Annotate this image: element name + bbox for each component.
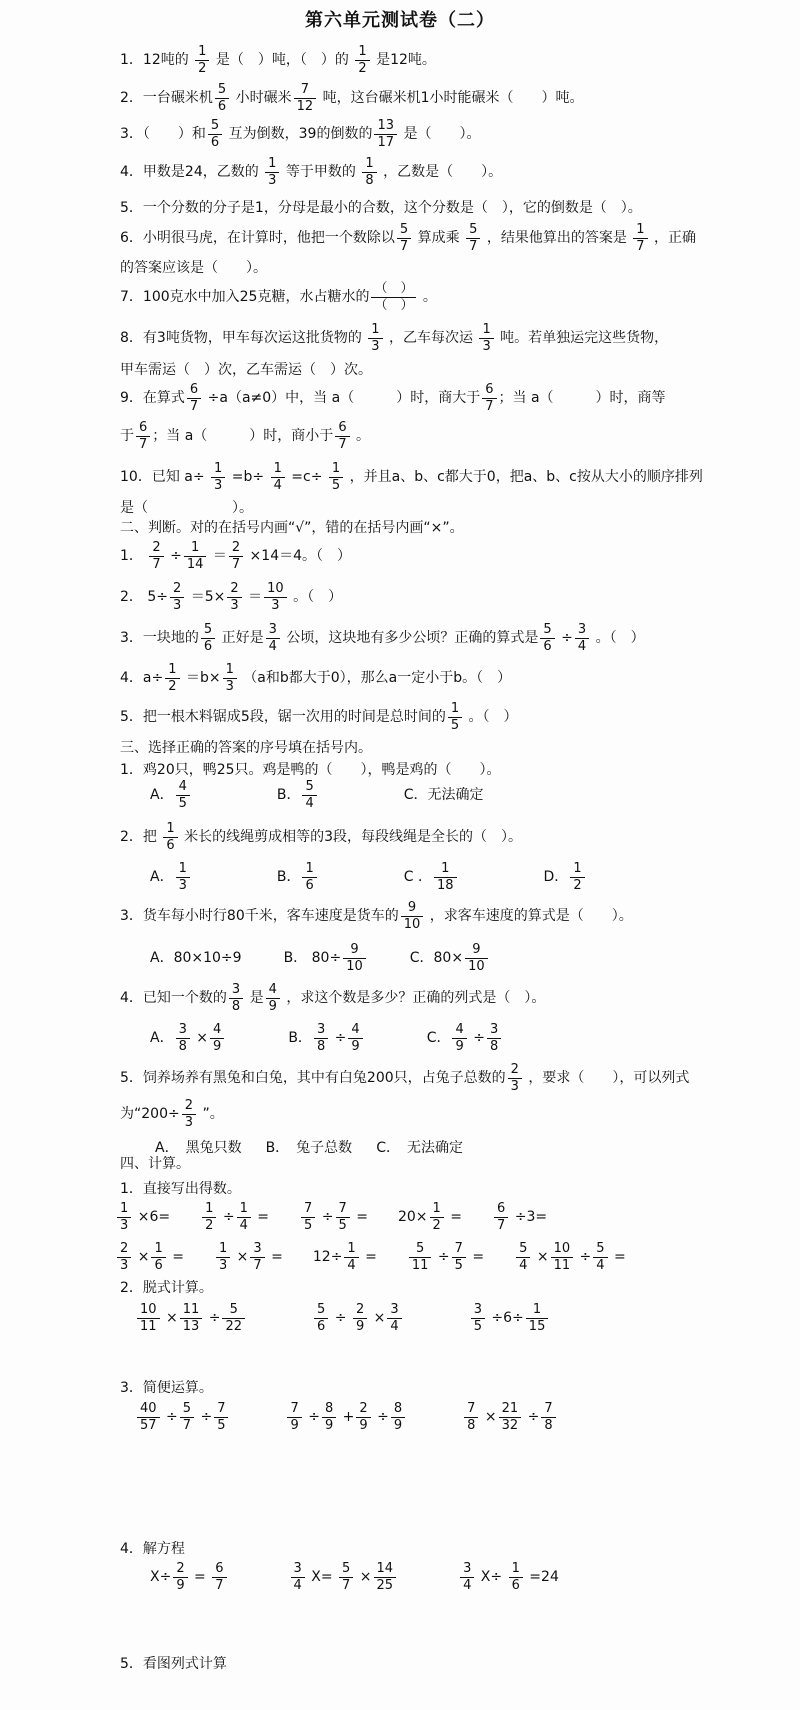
option-item-b: B．54	[277, 775, 319, 815]
choice-section-header: 三、选择正确的答案的序号填在括号内。	[120, 739, 760, 757]
calc-direct-row-1: 13 ×6= 12 ÷14 = 75 ÷75 = 20×12 = 67 ÷3=	[115, 1197, 760, 1237]
fraction: 12	[165, 662, 179, 694]
choice-question-3: 3．货车每小时行80千米，客车速度是货车的910 ，求客车速度的算式是（ ）。	[120, 896, 760, 936]
fraction: 38	[487, 1022, 501, 1054]
calc-simplify-row: 4057 ÷57 ÷75 79 ÷89 +29 ÷89 78 ×2132 ÷78	[135, 1397, 760, 1437]
fraction: 49	[266, 982, 280, 1014]
calc-stepwise-row: 1011 ×1113 ÷522 56 ÷ 29 ×34 35 ÷6÷115	[135, 1298, 760, 1338]
fraction: 118	[434, 861, 457, 893]
fraction: 18	[362, 156, 376, 188]
fraction: 15	[329, 461, 343, 493]
fraction: 56	[540, 622, 554, 654]
fraction: 38	[229, 982, 243, 1014]
fraction: 78	[464, 1401, 478, 1433]
fraction: 57	[466, 222, 480, 254]
calc-sub-5: 5．看图列式计算	[120, 1655, 760, 1673]
fraction: 56	[208, 118, 222, 150]
calc-sub-4: 4．解方程	[120, 1540, 760, 1558]
fraction: 67	[136, 420, 150, 452]
fraction: 57	[397, 222, 411, 254]
fraction: 29	[356, 1401, 370, 1433]
fraction: （ ）（ ）	[371, 281, 416, 313]
fraction: 78	[541, 1401, 555, 1433]
fraction: 12	[355, 44, 369, 76]
fraction: 34	[460, 1561, 474, 1593]
calc-item: 12 ÷14 =	[200, 1197, 269, 1237]
choice-question-1-options: A．45 B．54 C．无法确定	[150, 775, 760, 815]
fraction: 1011	[551, 1241, 574, 1273]
fraction: 14	[271, 461, 285, 493]
fraction: 114	[184, 540, 207, 572]
fill-question-9-line1: 9．在算式67 ÷a（a≠0）中，当 a（ ）时，商大于67；当 a（ ）时，商…	[120, 378, 760, 418]
fraction: 12	[195, 44, 209, 76]
fraction: 37	[250, 1241, 264, 1273]
fraction: 38	[176, 1022, 190, 1054]
option-item-c: C．49 ÷38	[427, 1018, 504, 1058]
fraction: 89	[391, 1401, 405, 1433]
calc-sub-3: 3．简便运算。	[120, 1379, 760, 1397]
fraction: 12	[430, 1201, 444, 1233]
calc-item: 78 ×2132 ÷78	[462, 1397, 557, 1437]
fraction: 23	[170, 581, 184, 613]
fraction: 35	[471, 1302, 485, 1334]
fraction: 13	[223, 662, 237, 694]
fraction: 14	[344, 1241, 358, 1273]
fraction: 12	[570, 861, 584, 893]
calc-item: 12÷14 =	[313, 1237, 377, 1277]
fraction: 56	[215, 82, 229, 114]
choice-question-4: 4．已知一个数的38 是49 ，求这个数是多少？正确的列式是（ ）。	[120, 978, 760, 1018]
fraction: 75	[214, 1401, 228, 1433]
fraction: 13	[265, 156, 279, 188]
fill-question-8-line1: 8．有3吨货物，甲车每次运这批货物的 13 ，乙车每次运 13 吨。若单独运完这…	[120, 318, 760, 358]
fraction: 56	[201, 622, 215, 654]
fraction: 13	[211, 461, 225, 493]
fraction: 13	[368, 322, 382, 354]
fraction: 23	[508, 1062, 522, 1094]
fraction: 1113	[180, 1302, 203, 1334]
calc-item: 511 ÷75 =	[407, 1237, 484, 1277]
calc-sub-2: 2．脱式计算。	[120, 1279, 760, 1297]
judge-question-2: 2． 5÷23 ＝5×23 ＝103 。（ ）	[120, 577, 760, 617]
calc-equation-row: X÷29 = 67 34 X= 57 ×1425 34 X÷ 16 =24	[150, 1557, 760, 1597]
choice-question-5-line2: 为“200÷23 ”。	[120, 1094, 760, 1134]
fill-question-4: 4．甲数是24，乙数的 13 等于甲数的 18 ，乙数是（ ）。	[120, 152, 760, 192]
calc-item: 54 ×1011 ÷54 =	[514, 1237, 626, 1277]
judge-question-1: 1． 27 ÷114 ＝27 ×14＝4。（ ）	[120, 536, 760, 576]
fraction: 4057	[137, 1401, 160, 1433]
calc-item: 56 ÷ 29 ×34	[312, 1298, 404, 1338]
fraction: 2132	[499, 1401, 522, 1433]
fraction: 67	[494, 1201, 508, 1233]
fraction: 14	[237, 1201, 251, 1233]
fill-question-10-line1: 10．已知 a÷ 13 =b÷ 14 =c÷ 15 ，并且a、b、c都大于0，把…	[120, 457, 760, 497]
calc-item: 79 ÷89 +29 ÷89	[285, 1397, 407, 1437]
option-item-a: A．80×10÷9	[150, 938, 242, 978]
fraction: 511	[409, 1241, 432, 1273]
fraction: 57	[180, 1401, 194, 1433]
calc-item: 75 ÷75 =	[299, 1197, 368, 1237]
fraction: 27	[149, 540, 163, 572]
fraction: 29	[353, 1302, 367, 1334]
fraction: 13	[479, 322, 493, 354]
fraction: 67	[335, 420, 349, 452]
calc-item: 34 X= 57 ×1425	[289, 1557, 399, 1597]
fraction: 712	[294, 82, 317, 114]
option-item-b: B． 80÷910	[284, 938, 368, 978]
fraction: 57	[339, 1561, 353, 1593]
calc-section-header: 四、计算。	[120, 1155, 760, 1173]
fill-question-5: 5．一个分数的分子是1，分母是最小的合数，这个分数是（ ），它的倒数是（ ）。	[120, 199, 760, 217]
fraction: 45	[176, 779, 190, 811]
option-item-d: D．12	[544, 857, 587, 897]
fraction: 75	[301, 1201, 315, 1233]
calc-item: 67 ÷3=	[492, 1197, 547, 1237]
fraction: 54	[516, 1241, 530, 1273]
fraction: 522	[222, 1302, 245, 1334]
fraction: 67	[187, 382, 201, 414]
option-item-b: B．38 ÷49	[288, 1018, 364, 1058]
fraction: 910	[465, 942, 488, 974]
fraction: 12	[202, 1201, 216, 1233]
fraction: 910	[343, 942, 366, 974]
fill-question-6-line2: 的答案应该是（ ）。	[120, 259, 760, 277]
fraction: 34	[266, 622, 280, 654]
fill-question-10-line2: 是（ ）。	[120, 499, 760, 517]
judge-section-header: 二、判断。对的在括号内画“√”，错的在括号内画“×”。	[120, 519, 760, 537]
option-item-a: A．45	[150, 775, 192, 815]
fraction: 56	[314, 1302, 328, 1334]
fraction: 67	[212, 1561, 226, 1593]
fraction: 67	[482, 382, 496, 414]
fraction: 13	[216, 1241, 230, 1273]
fraction: 16	[509, 1561, 523, 1593]
fill-question-6-line1: 6．小明很马虎，在计算时，他把一个数除以57 算成乘 57 ，结果他算出的答案是…	[120, 218, 760, 258]
calc-item: 4057 ÷57 ÷75	[135, 1397, 230, 1437]
choice-question-2: 2．把 16 米长的线绳剪成相等的3段，每段线绳是全长的（ ）。	[120, 817, 760, 857]
fraction: 23	[227, 581, 241, 613]
choice-question-5-line1: 5．饲养场养有黑兔和白兔，其中有白兔200只，占兔子总数的23 ，要求（ ），可…	[120, 1058, 760, 1098]
fraction: 89	[322, 1401, 336, 1433]
fraction: 16	[163, 821, 177, 853]
fraction: 54	[593, 1241, 607, 1273]
fill-question-9-line2: 于67；当 a（ ）时，商小于67 。	[120, 416, 760, 456]
fraction: 34	[575, 622, 589, 654]
calc-item: 20×12 =	[398, 1197, 462, 1237]
option-item-c: C．80×910	[410, 938, 490, 978]
choice-question-4-options: A．38 ×49 B．38 ÷49 C．49 ÷38	[150, 1018, 760, 1058]
fraction: 13	[117, 1201, 131, 1233]
calc-item: X÷29 = 67	[150, 1557, 229, 1597]
fraction: 13	[176, 861, 190, 893]
fraction: 15	[448, 701, 462, 733]
calc-item: 35 ÷6÷115	[469, 1298, 551, 1338]
fill-question-1: 1．12吨的 12 是（ ）吨，（ ）的 12 是12吨。	[120, 40, 760, 80]
choice-question-3-options: A．80×10÷9 B． 80÷910 C．80×910	[150, 938, 760, 978]
fraction: 910	[401, 900, 424, 932]
judge-question-3: 3．一块地的56 正好是34 公顷，这块地有多少公顷？正确的算式是56 ÷34 …	[120, 618, 760, 658]
page-title: 第六单元测试卷（二）	[0, 6, 800, 32]
calc-item: 1011 ×1113 ÷522	[135, 1298, 247, 1338]
fill-question-3: 3．（ ）和56 互为倒数，39的倒数的1317 是（ ）。	[120, 114, 760, 154]
fraction: 16	[151, 1241, 165, 1273]
choice-question-2-options: A．13 B．16 C ．118 D．12	[150, 857, 760, 897]
fraction: 1425	[374, 1561, 397, 1593]
option-item-c: C．无法确定	[404, 775, 484, 815]
fraction: 75	[336, 1201, 350, 1233]
calc-direct-row-2: 23 ×16 = 13 ×37 = 12÷14 = 511 ÷75 = 54 ×…	[115, 1237, 760, 1277]
option-item-a: A．13	[150, 857, 192, 897]
fraction: 1317	[374, 118, 397, 150]
fraction: 38	[314, 1022, 328, 1054]
calc-item: 13 ×37 =	[214, 1237, 283, 1277]
calc-sub-1: 1．直接写出得数。	[120, 1180, 760, 1198]
option-item-b: B．16	[277, 857, 319, 897]
fraction: 103	[264, 581, 287, 613]
option-item-c: C ．118	[404, 857, 459, 897]
fraction: 23	[117, 1241, 131, 1273]
fraction: 49	[210, 1022, 224, 1054]
calc-item: 13 ×6=	[115, 1197, 170, 1237]
fraction: 49	[348, 1022, 362, 1054]
fraction: 23	[182, 1098, 196, 1130]
fraction: 49	[452, 1022, 466, 1054]
calc-item: 23 ×16 =	[115, 1237, 184, 1277]
fill-question-7: 7．100克水中加入25克糖，水占糖水的（ ）（ ） 。	[120, 277, 760, 317]
fraction: 16	[302, 861, 316, 893]
fraction: 75	[452, 1241, 466, 1273]
judge-question-4: 4．a÷12 ＝b×13 （a和b都大于0），那么a一定小于b。（ ）	[120, 658, 760, 698]
fraction: 34	[387, 1302, 401, 1334]
fraction: 27	[229, 540, 243, 572]
fraction: 29	[173, 1561, 187, 1593]
fraction: 17	[633, 222, 647, 254]
fraction: 54	[302, 779, 316, 811]
test-paper-document: 第六单元测试卷（二） 1．12吨的 12 是（ ）吨，（ ）的 12 是12吨。…	[0, 0, 800, 1710]
fraction: 34	[291, 1561, 305, 1593]
fraction: 1011	[137, 1302, 160, 1334]
fraction: 115	[526, 1302, 549, 1334]
fill-question-2: 2．一台碾米机56 小时碾米712 吨，这台碾米机1小时能碾米（ ）吨。	[120, 78, 760, 118]
calc-item: 34 X÷ 16 =24	[458, 1557, 559, 1597]
option-item-a: A．38 ×49	[150, 1018, 226, 1058]
judge-question-5: 5．把一根木料锯成5段，锯一次用的时间是总时间的15 。（ ）	[120, 697, 760, 737]
fill-question-8-line2: 甲车需运（ ）次，乙车需运（ ）次。	[120, 361, 760, 379]
fraction: 79	[287, 1401, 301, 1433]
